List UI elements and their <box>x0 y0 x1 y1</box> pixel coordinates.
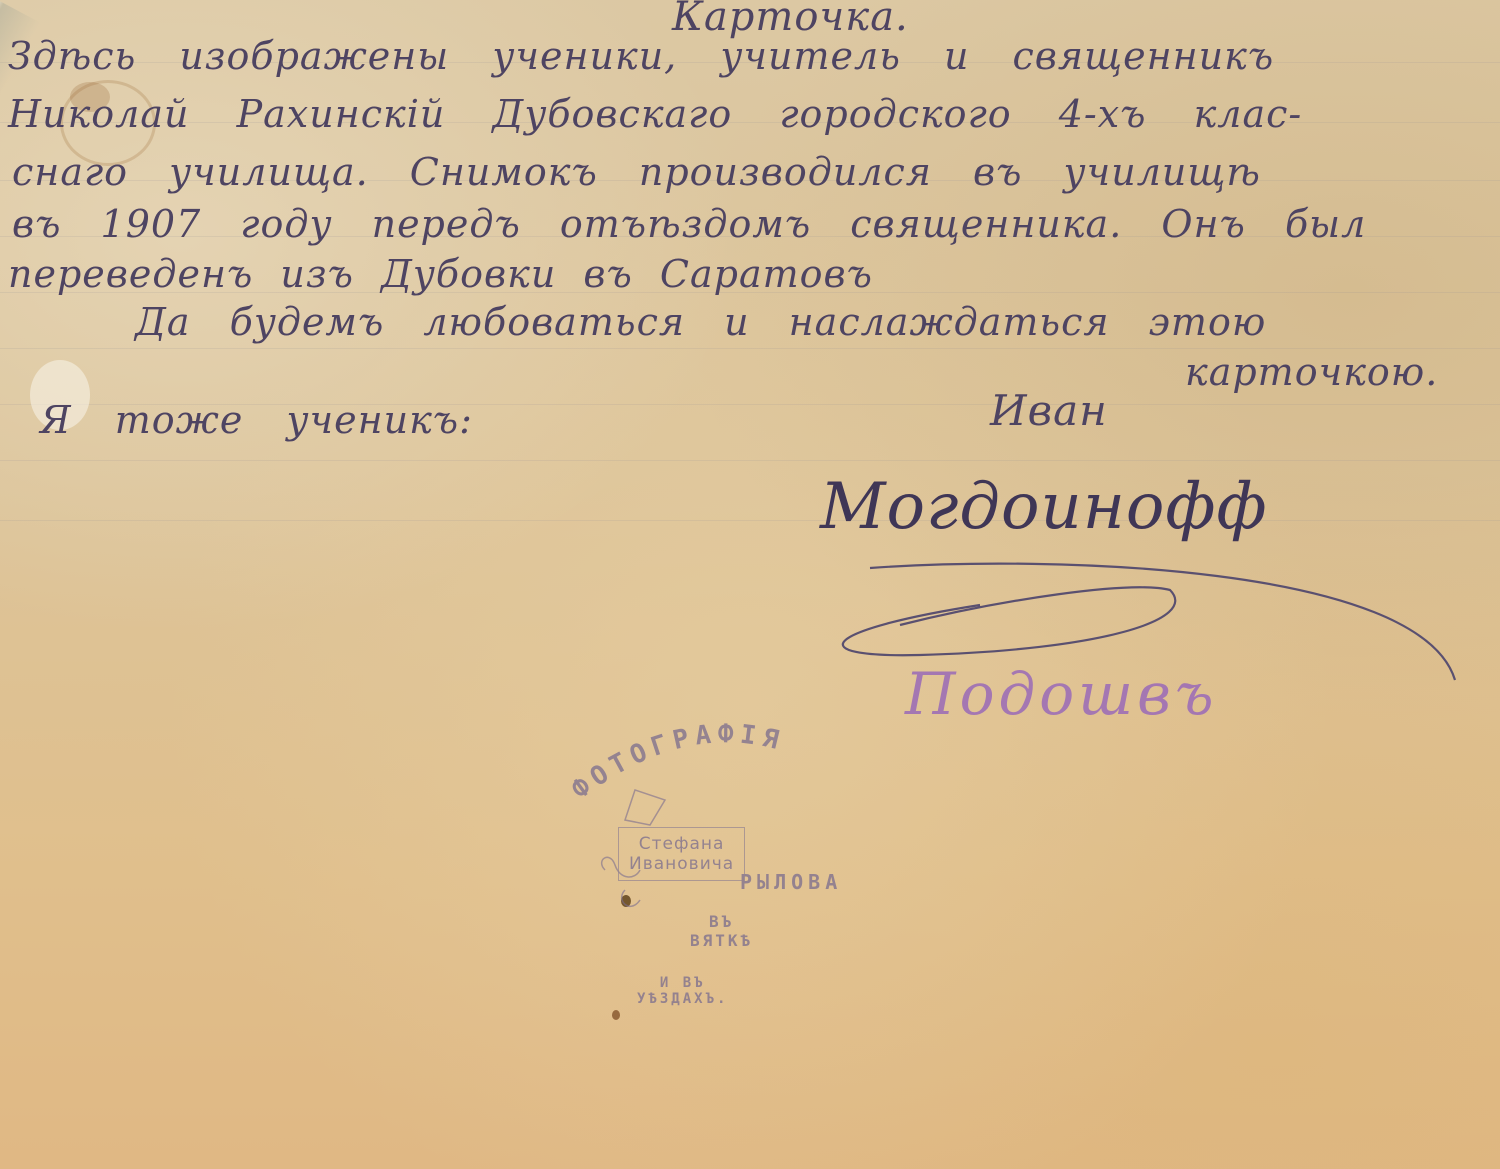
text-line-2: Николай Рахинскій Дубовскаго городского … <box>8 92 1302 136</box>
text-line-3: снаго училища. Снимокъ производился въ у… <box>12 150 1261 194</box>
stamp-name-box: Стефана Ивановича <box>618 827 745 881</box>
stamp-city: ВЪ ВЯТКѢ <box>690 912 753 950</box>
signature-last-name: Могдоинофф <box>820 470 1268 544</box>
photo-card-back: Карточка. Здѣсь изображены ученики, учит… <box>0 0 1500 1169</box>
stamp-surname: РЫЛОВА <box>740 870 842 894</box>
ruled-line <box>0 520 1500 521</box>
spot <box>612 1010 620 1020</box>
ruled-line <box>0 460 1500 461</box>
ruled-line <box>0 348 1500 349</box>
text-line-7: карточкою. <box>1185 350 1438 394</box>
second-signature: Подошвъ <box>905 660 1218 728</box>
student-note: Я тоже ученикъ: <box>40 398 473 442</box>
text-line-4: въ 1907 году передъ отъѣздомъ священника… <box>12 202 1366 246</box>
text-line-1: Здѣсь изображены ученики, учитель и свящ… <box>8 34 1274 78</box>
signature-first-name: Иван <box>990 386 1108 435</box>
stamp-region: И ВЪ УѢЗДАХЪ. <box>637 975 728 1007</box>
text-line-5: переведенъ изъ Дубовки въ Саратовъ <box>8 252 873 296</box>
text-line-6: Да будемъ любоваться и наслаждаться этою <box>135 300 1266 344</box>
